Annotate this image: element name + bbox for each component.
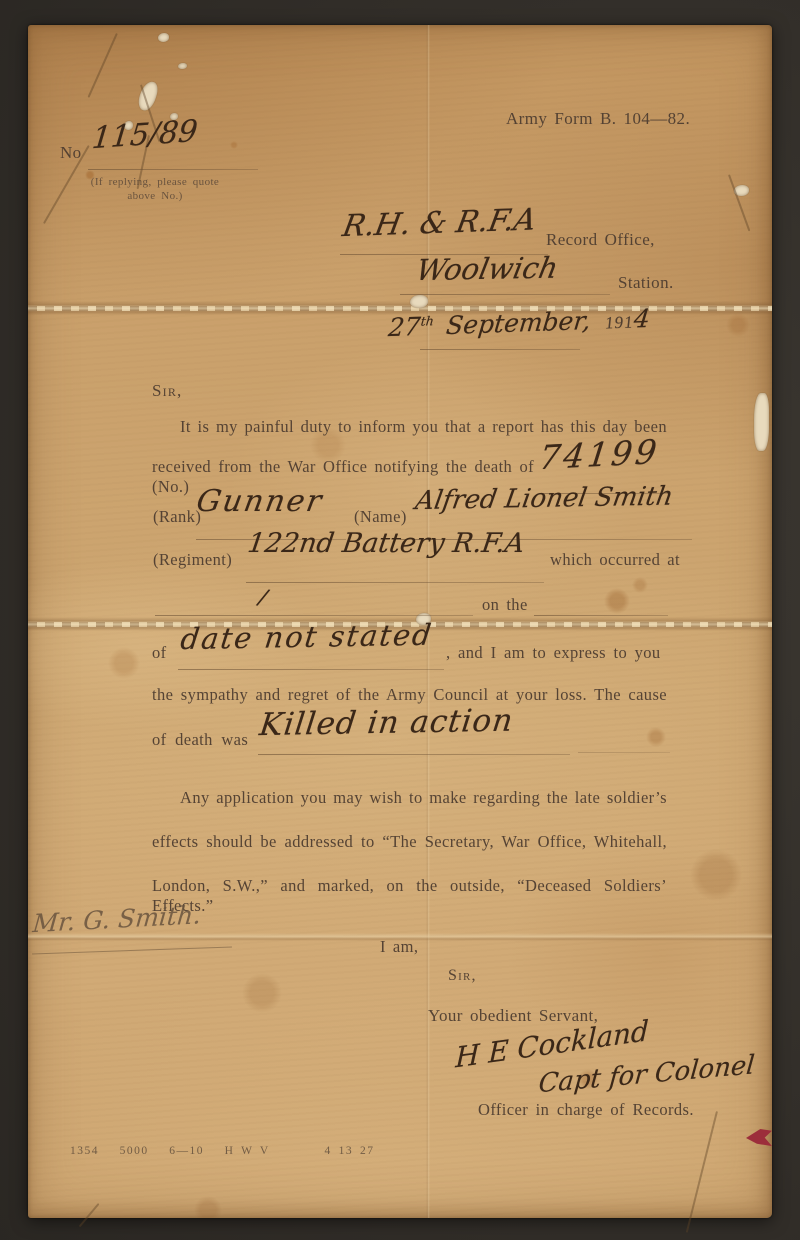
- record-office-value: R.H. & R.F.A: [340, 202, 539, 244]
- torn-paper-chip: [158, 33, 169, 42]
- fill-line: [534, 615, 668, 616]
- officer-title: Officer in charge of Records.: [478, 1100, 694, 1120]
- body-line-1: It is my painful duty to inform you that…: [180, 417, 667, 437]
- letter-date: 27th September, 1914: [387, 304, 652, 342]
- torn-edge-right: [754, 393, 769, 451]
- ref-note-line1: (If replying, please quote: [91, 176, 219, 188]
- cause-label: of death was: [152, 730, 248, 750]
- date-year-printed: 191: [604, 312, 634, 332]
- station-value: Woolwich: [413, 251, 561, 288]
- paper-crack: [686, 1111, 718, 1233]
- date-day-suffix: th: [420, 313, 435, 329]
- express-line: , and I am to express to you: [446, 643, 661, 663]
- photo-background: { "photo": { "background_color": "#312d2…: [0, 0, 800, 1240]
- of-label: of: [152, 643, 167, 663]
- margin-note: Mr. G. Smith.: [31, 900, 202, 938]
- place-mark: /: [257, 585, 269, 611]
- closing-i-am: I am,: [380, 937, 418, 957]
- on-the-label: on the: [482, 595, 528, 615]
- date-year-written: 4: [633, 304, 652, 334]
- death-date-value: date not stated: [179, 618, 435, 656]
- date-month: September,: [445, 306, 592, 340]
- station-label: Station.: [618, 273, 674, 293]
- paper-crack: [728, 174, 750, 231]
- application-line-1: Any application you may wish to make reg…: [180, 788, 667, 808]
- application-line-3: London, S.W.,” and marked, on the outsid…: [152, 876, 667, 916]
- form-number: Army Form B. 104—82.: [506, 109, 690, 129]
- letter-paper: Army Form B. 104—82. No 115/89 (If reply…: [28, 25, 772, 1218]
- rank-value: Gunner: [194, 484, 326, 519]
- fill-line: [155, 615, 473, 616]
- sympathy-line: the sympathy and regret of the Army Coun…: [152, 685, 667, 705]
- name-value: Alfred Lionel Smith: [413, 482, 675, 517]
- ref-no-value: 115/89: [90, 114, 199, 157]
- fill-line: [578, 752, 670, 753]
- red-ribbon-mark: [746, 1129, 772, 1147]
- record-office-label: Record Office,: [546, 230, 655, 250]
- paper-crack: [79, 1203, 99, 1227]
- fill-line: [420, 349, 580, 350]
- fill-line: [32, 947, 232, 955]
- ref-note: (If replying, please quote above No.): [70, 175, 240, 203]
- ref-no-label: No: [60, 143, 82, 163]
- fill-line: [258, 754, 570, 755]
- torn-paper-chip: [178, 63, 187, 69]
- closing-servant: Your obedient Servant,: [428, 1006, 598, 1026]
- torn-paper-chip: [410, 295, 428, 308]
- soldier-number-value: 74199: [537, 432, 662, 478]
- salutation: Sir,: [152, 381, 183, 401]
- occurred-label: which occurred at: [550, 550, 680, 570]
- fill-line: [400, 294, 610, 295]
- regiment-value: 122nd Battery R.F.A: [246, 528, 527, 559]
- closing-sir: Sir,: [448, 967, 477, 985]
- application-line-2: effects should be addressed to “The Secr…: [152, 832, 667, 852]
- name-label: (Name): [354, 507, 407, 527]
- fill-line: [246, 582, 544, 583]
- regiment-label: (Regiment): [153, 550, 232, 570]
- fill-line: [178, 669, 444, 670]
- paper-crack: [88, 33, 118, 98]
- cause-value: Killed in action: [258, 703, 516, 744]
- fill-line: [88, 169, 258, 170]
- date-day: 27: [387, 312, 422, 342]
- print-code: 1354 5000 6—10 H W V 4 13 27: [70, 1145, 375, 1157]
- ref-note-line2: above No.): [127, 190, 182, 202]
